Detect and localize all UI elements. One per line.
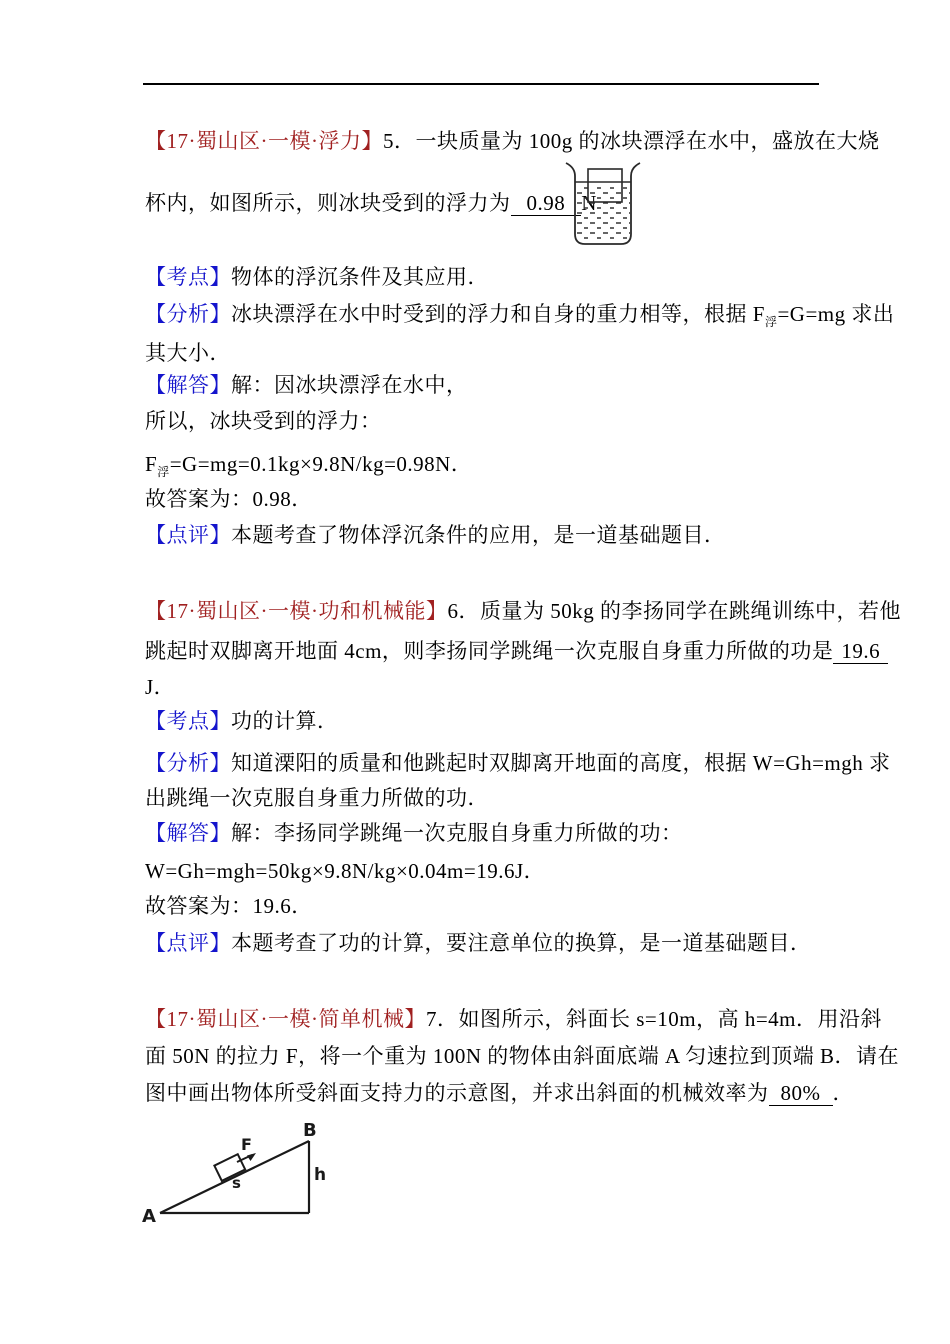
p5-question-text1: 5．一块质量为 100g 的冰块漂浮在水中，盛放在大烧	[383, 129, 880, 153]
vertex-b-label: B	[303, 1120, 317, 1141]
p6-dianping-text: 本题考查了功的计算，要注意单位的换算，是一道基础题目．	[231, 931, 812, 955]
p6-fenxi-label: 【分析】	[145, 751, 231, 775]
p6-jieda-text: 解：李扬同学跳绳一次克服自身重力所做的功：	[231, 821, 683, 845]
p5-beaker-figure	[563, 160, 645, 255]
p5-fenxi-text1b: =G=mg 求出	[777, 302, 894, 326]
p7-question-line2: 面 50N 的拉力 F，将一个重为 100N 的物体由斜面底端 A 匀速拉到顶端…	[145, 1043, 899, 1070]
slope-length-label: s	[232, 1174, 241, 1192]
p6-kaodian-text: 功的计算．	[231, 709, 339, 733]
p7-answer-blank: 80%	[769, 1081, 833, 1106]
p7-question-line3: 图中画出物体所受斜面支持力的示意图，并求出斜面的机械效率为80%．	[145, 1080, 854, 1107]
p6-jieda-label: 【解答】	[145, 821, 231, 845]
p5-kaodian-text: 物体的浮沉条件及其应用．	[231, 265, 489, 289]
p6-answer-unit: J．	[145, 675, 175, 699]
p6-fenxi-line2: 出跳绳一次克服自身重力所做的功．	[145, 785, 489, 812]
p6-dianping-line: 【点评】本题考查了功的计算，要注意单位的换算，是一道基础题目．	[145, 930, 812, 957]
p6-formula-text: W=Gh=mgh=50kg×9.8N/kg×0.04m=19.6J．	[145, 859, 545, 883]
p7-question-line1: 【17·蜀山区·一模·简单机械】7．如图所示，斜面长 s=10m，高 h=4m．…	[145, 1006, 882, 1033]
p6-fenxi-text2: 出跳绳一次克服自身重力所做的功．	[145, 786, 489, 810]
p7-incline-figure: A B h F s	[138, 1118, 338, 1241]
p7-question-text3: 图中画出物体所受斜面支持力的示意图，并求出斜面的机械效率为	[145, 1081, 769, 1105]
p5-fenxi-line2: 其大小．	[145, 340, 231, 367]
p5-fenxi-label: 【分析】	[145, 302, 231, 326]
p7-question-text3-end: ．	[833, 1081, 855, 1105]
p5-fenxi-subscript: 浮	[765, 315, 778, 329]
p5-source-tag: 【17·蜀山区·一模·浮力】	[145, 129, 383, 153]
p6-formula-line: W=Gh=mgh=50kg×9.8N/kg×0.04m=19.6J．	[145, 858, 545, 885]
p6-jieda-line: 【解答】解：李扬同学跳绳一次克服自身重力所做的功：	[145, 820, 683, 847]
p6-source-tag: 【17·蜀山区·一模·功和机械能】	[145, 599, 447, 623]
document-page: 【17·蜀山区·一模·浮力】5．一块质量为 100g 的冰块漂浮在水中，盛放在大…	[0, 0, 950, 1344]
p6-dianping-label: 【点评】	[145, 931, 231, 955]
p5-final-answer-line: 故答案为：0.98．	[145, 486, 313, 513]
p5-question-line1: 【17·蜀山区·一模·浮力】5．一块质量为 100g 的冰块漂浮在水中，盛放在大…	[145, 128, 879, 155]
p5-kaodian-line: 【考点】物体的浮沉条件及其应用．	[145, 264, 489, 291]
p7-source-tag: 【17·蜀山区·一模·简单机械】	[145, 1007, 426, 1031]
header-rule	[143, 83, 819, 85]
p5-question-text2: 杯内，如图所示，则冰块受到的浮力为	[145, 191, 511, 215]
p5-jieda-line: 【解答】解：因冰块漂浮在水中，	[145, 372, 468, 399]
p5-fenxi-line1: 【分析】冰块漂浮在水中时受到的浮力和自身的重力相等，根据 F浮=G=mg 求出	[145, 301, 894, 328]
p6-fenxi-text1: 知道溧阳的质量和他跳起时双脚离开地面的高度，根据 W=Gh=mgh 求	[231, 751, 891, 775]
p6-kaodian-line: 【考点】功的计算．	[145, 708, 339, 735]
p6-fenxi-line1: 【分析】知道溧阳的质量和他跳起时双脚离开地面的高度，根据 W=Gh=mgh 求	[145, 750, 891, 777]
p7-question-text1: 7．如图所示，斜面长 s=10m，高 h=4m．用沿斜	[426, 1007, 882, 1031]
p6-final-answer-text: 故答案为：19.6．	[145, 894, 313, 918]
p6-question-line3: J．	[145, 674, 175, 701]
p6-final-answer-line: 故答案为：19.6．	[145, 893, 313, 920]
p6-question-text2: 跳起时双脚离开地面 4cm，则李扬同学跳绳一次克服自身重力所做的功是	[145, 639, 833, 663]
p5-dianping-text: 本题考查了物体浮沉条件的应用，是一道基础题目．	[231, 523, 726, 547]
force-label: F	[241, 1135, 252, 1154]
p5-formula-line: F浮=G=mg=0.1kg×9.8N/kg=0.98N．	[145, 451, 472, 478]
height-label: h	[314, 1165, 326, 1185]
p5-jieda-label: 【解答】	[145, 373, 231, 397]
p5-jieda-text: 解：因冰块漂浮在水中，	[231, 373, 468, 397]
p5-fenxi-text2: 其大小．	[145, 341, 231, 365]
p6-answer-blank: 19.6	[833, 639, 888, 664]
p6-question-text1: 6．质量为 50kg 的李扬同学在跳绳训练中，若他	[447, 599, 901, 623]
p5-suoyi-line: 所以，冰块受到的浮力：	[145, 408, 382, 435]
p5-formula-b: =G=mg=0.1kg×9.8N/kg=0.98N．	[170, 452, 473, 476]
vertex-a-label: A	[142, 1206, 156, 1227]
p5-kaodian-label: 【考点】	[145, 265, 231, 289]
p6-kaodian-label: 【考点】	[145, 709, 231, 733]
p6-question-line2: 跳起时双脚离开地面 4cm，则李扬同学跳绳一次克服自身重力所做的功是19.6	[145, 638, 888, 665]
p5-dianping-label: 【点评】	[145, 523, 231, 547]
p5-fenxi-text1a: 冰块漂浮在水中时受到的浮力和自身的重力相等，根据 F	[231, 302, 765, 326]
p5-formula-subscript: 浮	[157, 465, 170, 479]
p5-question-line2: 杯内，如图所示，则冰块受到的浮力为0.98N	[145, 190, 597, 217]
p5-dianping-line: 【点评】本题考查了物体浮沉条件的应用，是一道基础题目．	[145, 522, 726, 549]
p5-final-answer-text: 故答案为：0.98．	[145, 487, 313, 511]
p7-question-text2: 面 50N 的拉力 F，将一个重为 100N 的物体由斜面底端 A 匀速拉到顶端…	[145, 1044, 899, 1068]
p5-formula-a: F	[145, 452, 157, 476]
p5-suoyi-text: 所以，冰块受到的浮力：	[145, 409, 382, 433]
p6-question-line1: 【17·蜀山区·一模·功和机械能】6．质量为 50kg 的李扬同学在跳绳训练中，…	[145, 598, 901, 625]
